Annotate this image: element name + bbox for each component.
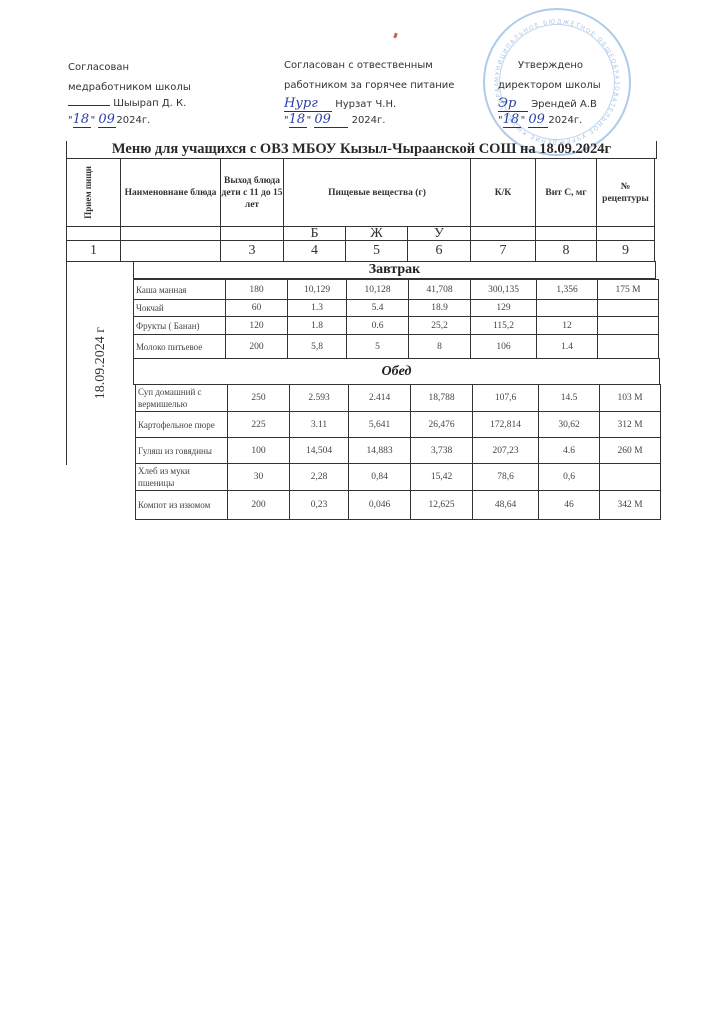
- cell-zh: 0,84: [348, 463, 411, 491]
- cell-u: 12,625: [410, 490, 473, 520]
- dish-name: Чокчай: [133, 299, 226, 317]
- cell-portion: 200: [225, 334, 288, 359]
- signature: Эр: [498, 96, 528, 112]
- cell-b: 1.8: [287, 316, 347, 335]
- cell-vitc: 46: [538, 490, 600, 520]
- column-number: 4: [283, 240, 346, 262]
- cell-zh: 5,641: [348, 411, 411, 438]
- date-month: 09: [528, 112, 548, 128]
- dish-name: Фрукты ( Банан): [133, 316, 226, 335]
- section-title: Завтрак: [133, 261, 656, 279]
- cell-portion: 100: [227, 437, 290, 464]
- approval-medic-date: "18" 092024г.: [68, 112, 150, 128]
- cell-portion: 225: [227, 411, 290, 438]
- section-title: Обед: [133, 358, 660, 385]
- dish-name: Суп домашний с вермишелью: [135, 384, 228, 412]
- cell-b: 2.593: [289, 384, 349, 412]
- header-dish: Наименовнане блюда: [120, 158, 221, 227]
- subheader-empty: [66, 226, 121, 241]
- menu-title: Меню для учащихся с ОВЗ МБОУ Кызыл-Чыраа…: [66, 141, 657, 159]
- cell-vitc: 12: [536, 316, 598, 335]
- subheader-empty: [470, 226, 536, 241]
- date-year: 2024г.: [352, 115, 386, 126]
- cell-portion: 180: [225, 279, 288, 300]
- cell-kk: 48,64: [472, 490, 539, 520]
- date-month: 09: [98, 112, 116, 128]
- approval-medic-sign-line: Шыырап Д. К.: [68, 98, 186, 109]
- cell-kk: 207,23: [472, 437, 539, 464]
- cell-portion: 30: [227, 463, 290, 491]
- cell-recipe: 342 М: [599, 490, 661, 520]
- approval-food-name: Нурзат Ч.Н.: [335, 99, 396, 110]
- cell-vitc: 0,6: [538, 463, 600, 491]
- cell-b: 14,504: [289, 437, 349, 464]
- cell-zh: 5: [346, 334, 409, 359]
- header-kk: К/К: [470, 158, 536, 227]
- cell-u: 41,708: [408, 279, 471, 300]
- column-number: 5: [345, 240, 408, 262]
- column-number: 7: [470, 240, 536, 262]
- cell-u: 3,738: [410, 437, 473, 464]
- cell-kk: 106: [470, 334, 537, 359]
- date-year: 2024г.: [116, 115, 150, 126]
- cell-portion: 120: [225, 316, 288, 335]
- cell-portion: 60: [225, 299, 288, 317]
- approval-medic-line1: Согласован: [68, 62, 129, 73]
- date-day: 18: [503, 112, 521, 128]
- subheader-empty: [120, 226, 221, 241]
- approval-director-line1: Утверждено: [518, 60, 583, 71]
- subheader-empty: [535, 226, 597, 241]
- header-nutrients: Пищевые вещества (г): [283, 158, 471, 227]
- column-number: 1: [66, 240, 121, 262]
- cell-kk: 107,6: [472, 384, 539, 412]
- cell-recipe: 103 М: [599, 384, 661, 412]
- approval-director-line2: директором школы: [498, 80, 601, 91]
- cell-vitc: 1.4: [536, 334, 598, 359]
- cell-kk: 115,2: [470, 316, 537, 335]
- cell-recipe: 260 М: [599, 437, 661, 464]
- column-number: 9: [596, 240, 655, 262]
- approval-director-sign-line: Эр Эрендей А.В: [498, 96, 597, 112]
- cell-u: 26,476: [410, 411, 473, 438]
- cell-u: 15,42: [410, 463, 473, 491]
- cell-kk: 78,6: [472, 463, 539, 491]
- cell-zh: 5.4: [346, 299, 409, 317]
- signature-blank: [68, 105, 110, 106]
- cell-vitc: [536, 299, 598, 317]
- dish-name: Каша манная: [133, 279, 226, 300]
- header-recipe: № рецептуры: [596, 158, 655, 227]
- cell-zh: 2.414: [348, 384, 411, 412]
- cell-b: 1.3: [287, 299, 347, 317]
- column-number: 6: [407, 240, 471, 262]
- header-meal-label: Прием пищи: [82, 166, 106, 219]
- cell-u: 18,788: [410, 384, 473, 412]
- approval-food-line2: работником за горячее питание: [284, 80, 454, 91]
- cell-vitc: 30,62: [538, 411, 600, 438]
- cell-vitc: 1,356: [536, 279, 598, 300]
- cell-zh: 10,128: [346, 279, 409, 300]
- dish-name: Гуляш из говядины: [135, 437, 228, 464]
- column-number: 8: [535, 240, 597, 262]
- cell-b: 0,23: [289, 490, 349, 520]
- ink-mark: [393, 33, 398, 39]
- cell-u: 25,2: [408, 316, 471, 335]
- subheader-empty: [220, 226, 284, 241]
- dish-name: Хлеб из муки пшеницы: [135, 463, 228, 491]
- dish-name: Молоко питьевое: [133, 334, 226, 359]
- cell-portion: 200: [227, 490, 290, 520]
- cell-b: 2,28: [289, 463, 349, 491]
- cell-u: 18.9: [408, 299, 471, 317]
- subheader-protein: Б: [283, 226, 346, 241]
- header-meal: Прием пищи: [66, 158, 121, 227]
- date-month: 09: [314, 112, 348, 128]
- cell-recipe: 312 М: [599, 411, 661, 438]
- cell-kk: 172,814: [472, 411, 539, 438]
- header-vitc: Вит С, мг: [535, 158, 597, 227]
- approval-food-sign-line: Нург Нурзат Ч.Н.: [284, 96, 396, 112]
- subheader-carbs: У: [407, 226, 471, 241]
- date-column: 18.09.2024 г: [66, 261, 134, 465]
- cell-zh: 0,046: [348, 490, 411, 520]
- date-day: 18: [289, 112, 307, 128]
- column-number: [120, 240, 221, 262]
- subheader-empty: [596, 226, 655, 241]
- cell-vitc: 14.5: [538, 384, 600, 412]
- approval-medic-line2: медработником школы: [68, 82, 191, 93]
- cell-recipe: [599, 463, 661, 491]
- date-day: 18: [73, 112, 91, 128]
- approval-director-name: Эрендей А.В: [531, 99, 597, 110]
- cell-recipe: [597, 316, 659, 335]
- column-number: 3: [220, 240, 284, 262]
- subheader-fat: Ж: [345, 226, 408, 241]
- date-year: 2024г.: [548, 115, 582, 126]
- cell-recipe: 175 М: [597, 279, 659, 300]
- dish-name: Картофельное пюре: [135, 411, 228, 438]
- cell-kk: 129: [470, 299, 537, 317]
- cell-b: 5,8: [287, 334, 347, 359]
- cell-zh: 0.6: [346, 316, 409, 335]
- approval-medic-name: Шыырап Д. К.: [113, 98, 186, 109]
- date-label: 18.09.2024 г: [93, 327, 109, 399]
- cell-b: 3.11: [289, 411, 349, 438]
- header-portion: Выход блюда дети с 11 до 15 лет: [220, 158, 284, 227]
- cell-portion: 250: [227, 384, 290, 412]
- cell-recipe: [597, 334, 659, 359]
- signature: Нург: [284, 96, 332, 112]
- cell-recipe: [597, 299, 659, 317]
- approval-director-date: "18" 092024г.: [498, 112, 582, 128]
- approval-food-date: "18" 09 2024г.: [284, 112, 385, 128]
- cell-kk: 300,135: [470, 279, 537, 300]
- cell-vitc: 4.6: [538, 437, 600, 464]
- cell-u: 8: [408, 334, 471, 359]
- dish-name: Компот из изюмом: [135, 490, 228, 520]
- cell-b: 10,129: [287, 279, 347, 300]
- approval-food-line1: Согласован с отвественным: [284, 60, 433, 71]
- cell-zh: 14,883: [348, 437, 411, 464]
